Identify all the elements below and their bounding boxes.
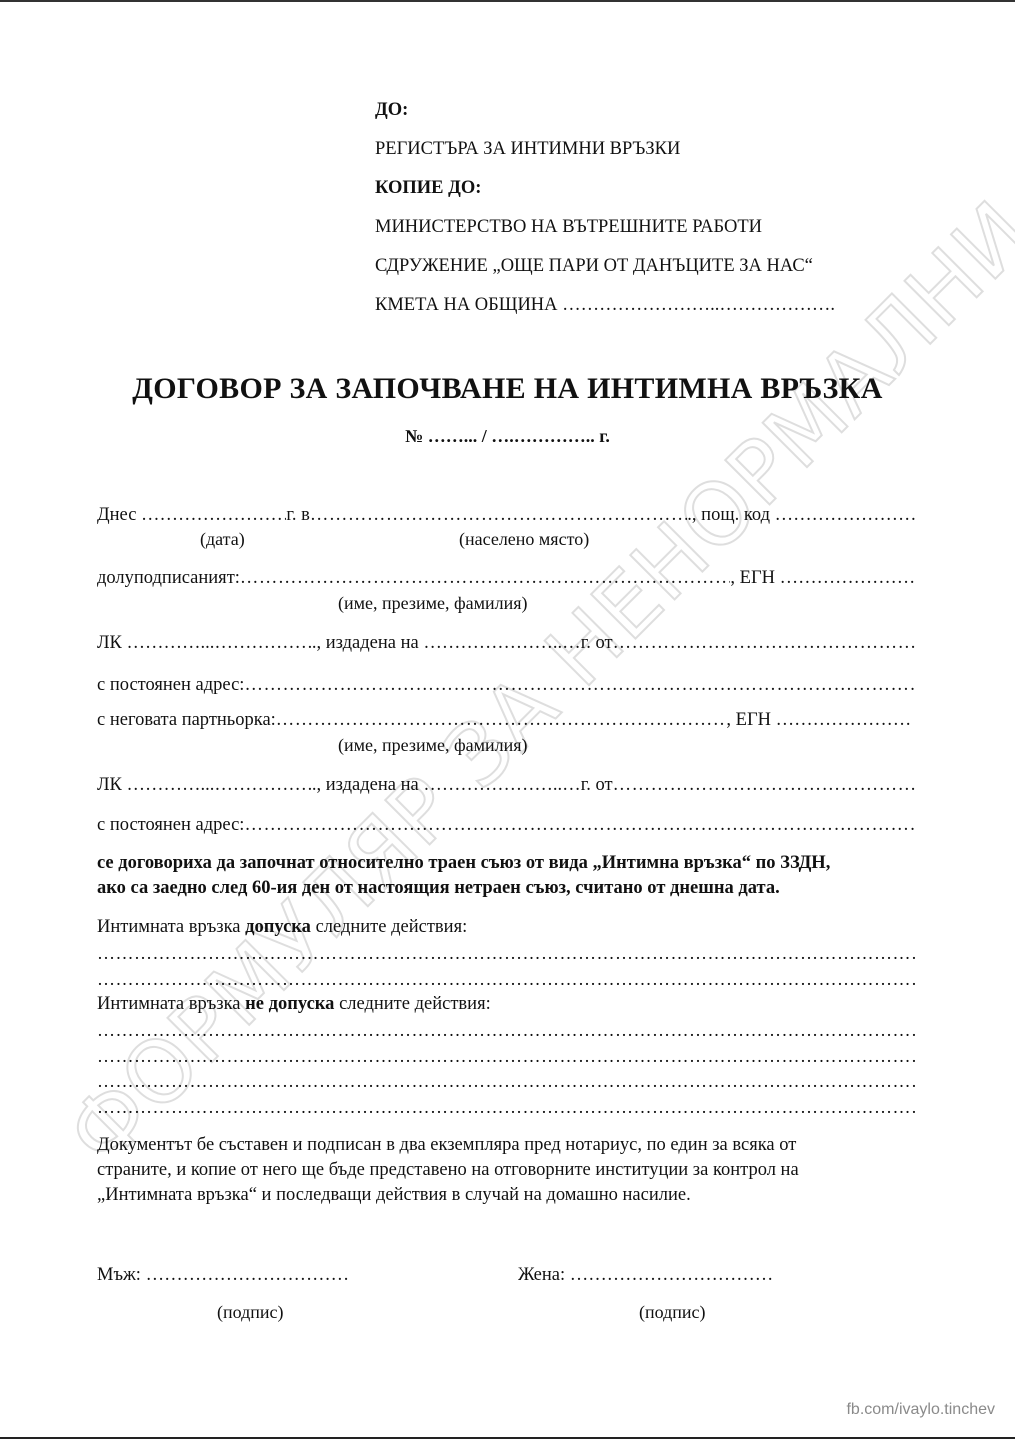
allowed-line-2[interactable]: [97, 969, 915, 989]
issued-by-field-2[interactable]: [613, 774, 915, 796]
id-card-row-2: ЛК …………...……………… ., издадена на ………………….…: [97, 774, 915, 796]
postcode-label: ., пощ. код: [687, 504, 770, 526]
issued-date-field-2[interactable]: …………………..……: [419, 774, 581, 796]
issued-on-label: ., издадена на: [312, 632, 419, 654]
name-hint: (име, презиме, фамилия): [338, 593, 528, 614]
agreement-line: се договориха да започнат относително тр…: [97, 851, 927, 876]
not-allowed-heading: Интимната връзка не допуска следните дей…: [97, 993, 491, 1015]
not-allowed-keyword: не допуска: [245, 994, 334, 1014]
copy-label: КОПИЕ ДО:: [375, 177, 481, 199]
not-allowed-line-2[interactable]: [97, 1046, 915, 1066]
credit-link: fb.com/ivaylo.tinchev: [846, 1401, 995, 1419]
issued-by-field[interactable]: [613, 632, 915, 654]
id-card-row: ЛК …………...……………… ., издадена на ………………….…: [97, 632, 915, 654]
undersigned-name-field[interactable]: [240, 567, 730, 589]
address-label-2: с постоянен адрес:: [97, 814, 244, 836]
not-allowed-line-1[interactable]: [97, 1020, 915, 1040]
closing-line: страните, и копие от него ще бъде предст…: [97, 1158, 927, 1183]
not-allowed-prefix: Интимната връзка: [97, 994, 245, 1014]
man-sign-hint: (подпис): [217, 1302, 284, 1323]
agreement-line: ако са заедно след 60-ия ден от настоящи…: [97, 876, 927, 901]
id-card-label: ЛК: [97, 632, 122, 654]
address-row: с постоянен адрес:: [97, 674, 915, 696]
year-from-label-2: г. от: [581, 774, 613, 796]
address-row-2: с постоянен адрес:: [97, 814, 915, 836]
today-label: Днес: [97, 504, 136, 526]
woman-sign-hint: (подпис): [639, 1302, 706, 1323]
name-hint-2: (име, презиме, фамилия): [338, 735, 528, 756]
woman-signature-field[interactable]: Жена: ……………………………: [518, 1264, 773, 1286]
id-card-field-2[interactable]: …………...………………: [122, 774, 312, 796]
copy-recipient: СДРУЖЕНИЕ „ОЩЕ ПАРИ ОТ ДАНЪЦИТЕ ЗА НАС“: [375, 255, 813, 277]
egn-label-2: , ЕГН: [726, 709, 771, 731]
year-from-label: г. от: [581, 632, 613, 654]
partner-egn-field[interactable]: …………………………..: [771, 709, 911, 731]
id-card-field[interactable]: …………...………………: [122, 632, 312, 654]
date-hint: (дата): [200, 529, 245, 550]
undersigned-row: долуподписаният: , ЕГН …………………………..: [97, 567, 915, 589]
partner-name-field[interactable]: [276, 709, 727, 731]
not-allowed-line-4[interactable]: [97, 1097, 915, 1117]
agreement-text: се договориха да започнат относително тр…: [97, 851, 927, 901]
allowed-prefix: Интимната връзка: [97, 917, 245, 937]
closing-line: „Интимната връзка“ и последващи действия…: [97, 1183, 927, 1208]
allowed-suffix: следните действия:: [311, 917, 467, 937]
address-label: с постоянен адрес:: [97, 674, 244, 696]
allowed-heading: Интимната връзка допуска следните действ…: [97, 916, 467, 938]
place-hint: (населено място): [459, 529, 589, 550]
man-signature-field[interactable]: Мъж: ……………………………: [97, 1264, 349, 1286]
allowed-keyword: допуска: [245, 917, 311, 937]
postcode-field[interactable]: ……………………………: [770, 504, 915, 526]
to-recipient: РЕГИСТЪРА ЗА ИНТИМНИ ВРЪЗКИ: [375, 138, 680, 160]
not-allowed-line-3[interactable]: [97, 1071, 915, 1091]
document-title: ДОГОВОР ЗА ЗАПОЧВАНЕ НА ИНТИМНА ВРЪЗКА: [0, 372, 1015, 406]
document-number: № ……... / ….………….. г.: [0, 426, 1015, 447]
copy-recipient: МИНИСТЕРСТВО НА ВЪТРЕШНИТЕ РАБОТИ: [375, 216, 762, 238]
id-card-label-2: ЛК: [97, 774, 122, 796]
egn-label: , ЕГН: [730, 567, 775, 589]
top-border: [0, 0, 1015, 2]
place-field[interactable]: [310, 504, 687, 526]
address-field[interactable]: [244, 674, 915, 696]
allowed-line-1[interactable]: [97, 943, 915, 963]
partner-label: с неговата партньорка:: [97, 709, 276, 731]
closing-paragraph: Документът бе съставен и подписан в два …: [97, 1133, 927, 1208]
issued-date-field[interactable]: …………………..……: [419, 632, 581, 654]
address-field-2[interactable]: [244, 814, 915, 836]
copy-recipient: КМЕТА НА ОБЩИНА ……………………..……………….: [375, 294, 835, 316]
date-place-row: Днес ………………………… г. в ., пощ. код ……………………: [97, 504, 915, 526]
not-allowed-suffix: следните действия:: [334, 994, 490, 1014]
undersigned-egn-field[interactable]: …………………………..: [775, 567, 915, 589]
closing-line: Документът бе съставен и подписан в два …: [97, 1133, 927, 1158]
undersigned-label: долуподписаният:: [97, 567, 240, 589]
date-field[interactable]: …………………………: [136, 504, 286, 526]
to-label: ДО:: [375, 99, 408, 121]
partner-row: с неговата партньорка: , ЕГН ………………………….…: [97, 709, 911, 731]
issued-on-label-2: ., издадена на: [312, 774, 419, 796]
year-in-label: г. в: [286, 504, 310, 526]
